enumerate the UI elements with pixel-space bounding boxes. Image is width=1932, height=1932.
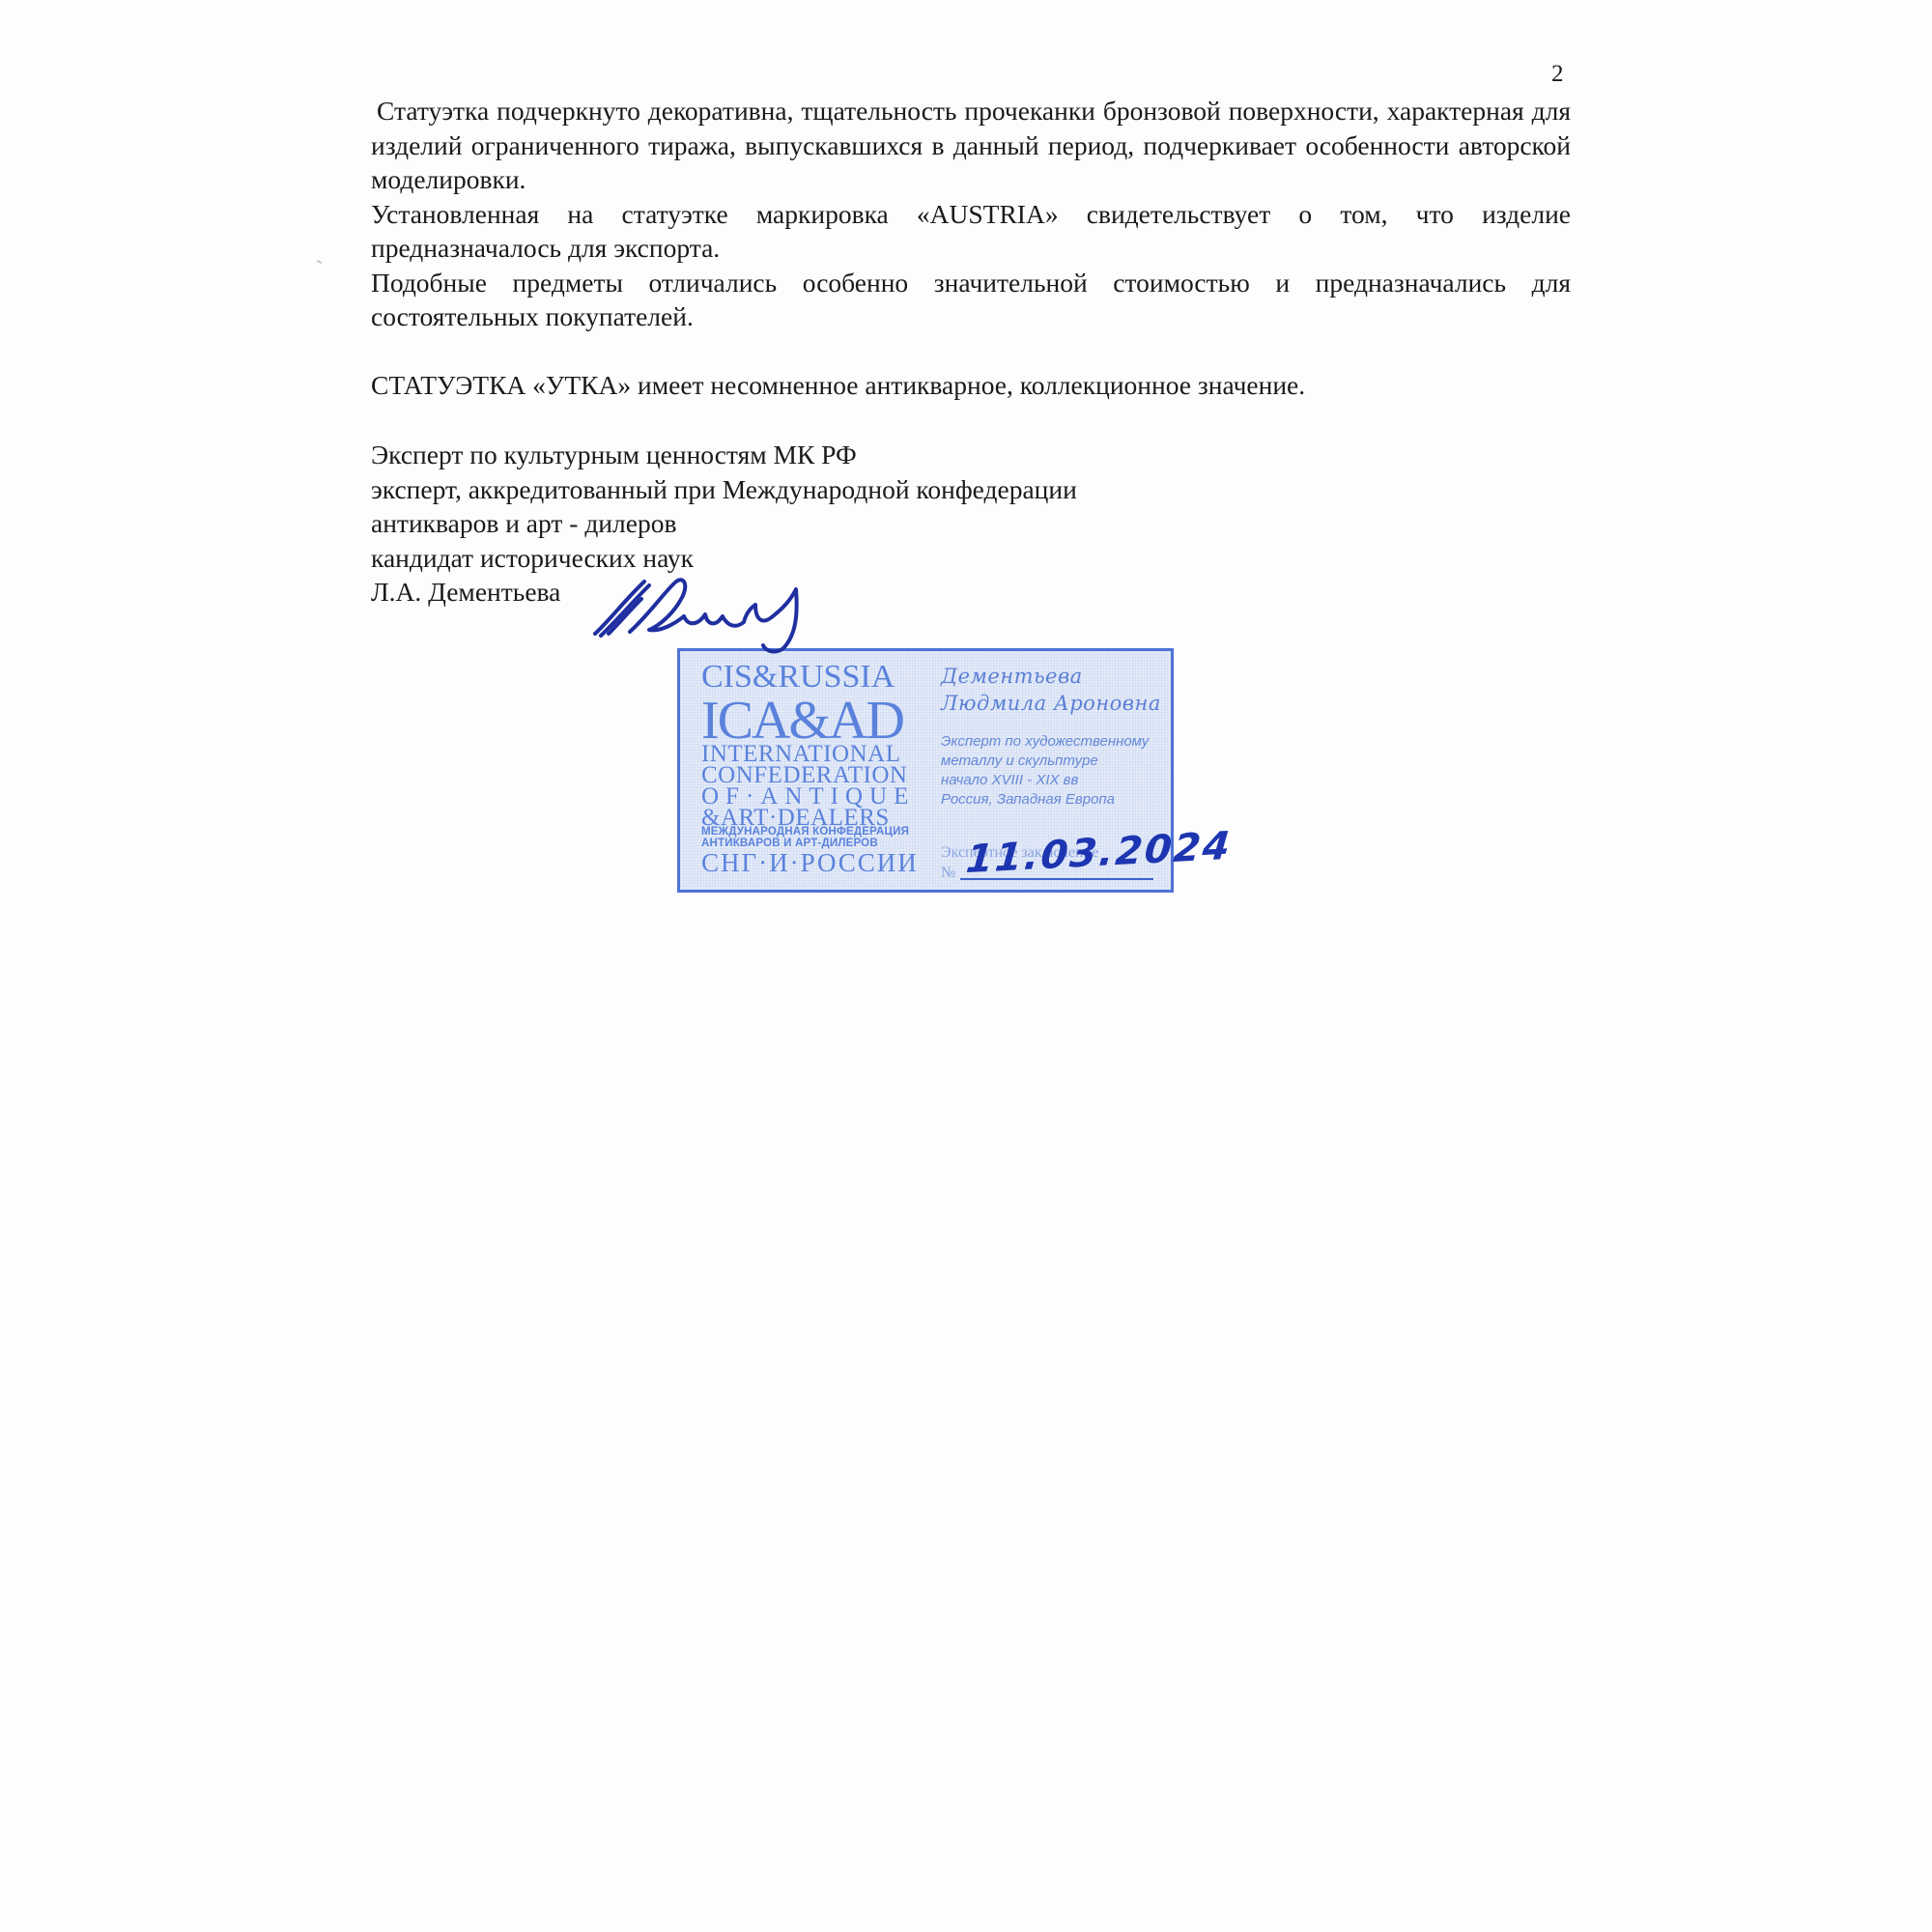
- conclusion-block: СТАТУЭТКА «УТКА» имеет несомненное антик…: [371, 368, 1571, 403]
- scan-speck: [317, 260, 322, 264]
- stamp-expert-info: Дементьева Людмила Ароновна Эксперт по х…: [941, 663, 1173, 810]
- logo-line: СНГ·И·РОССИИ: [701, 850, 914, 875]
- signatory-title-2: эксперт, аккредитованный при Международн…: [371, 472, 1571, 507]
- document-page: 2 Статуэтка подчеркнуто декоративна, тща…: [0, 0, 1932, 1932]
- stamp-given-names: Людмила Ароновна: [941, 690, 1173, 717]
- logo-line: CONFEDERATION: [701, 763, 914, 784]
- logo-line: INTERNATIONAL: [701, 742, 914, 763]
- handwritten-date: 11.03.2024: [964, 824, 1234, 882]
- page-number: 2: [1551, 60, 1564, 89]
- logo-line: OF·ANTIQUE: [701, 784, 914, 806]
- logo-line: &ART·DEALERS: [701, 806, 914, 827]
- paragraph-decorative: Статуэтка подчеркнуто декоративна, тщате…: [371, 94, 1571, 197]
- signatory-block: Эксперт по культурным ценностям МК РФ эк…: [371, 438, 1571, 610]
- spec-line: металлу и скульптуре: [941, 752, 1173, 771]
- signatory-title-3: антикваров и арт - дилеров: [371, 506, 1571, 541]
- expert-stamp: CIS&RUSSIA ICA&AD INTERNATIONAL CONFEDER…: [677, 648, 1174, 893]
- logo-line: CIS&RUSSIA: [701, 661, 914, 694]
- spec-line: начало XVIII - XIX вв: [941, 771, 1173, 790]
- spec-line: Россия, Западная Европа: [941, 790, 1173, 810]
- paragraph-marking: Установленная на статуэтке маркировка «A…: [371, 197, 1571, 266]
- stamp-surname: Дементьева: [941, 663, 1173, 690]
- description-body: Статуэтка подчеркнуто декоративна, тщате…: [371, 94, 1571, 334]
- logo-line: ICA&AD: [701, 694, 914, 742]
- paragraph-value: Подобные предметы отличались особенно зн…: [371, 266, 1571, 334]
- conclusion-text: СТАТУЭТКА «УТКА» имеет несомненное антик…: [371, 368, 1571, 403]
- signatory-title-4: кандидат исторических наук: [371, 541, 1571, 576]
- spec-line: Эксперт по художественному: [941, 732, 1173, 752]
- stamp-specialization: Эксперт по художественному металлу и ску…: [941, 732, 1173, 810]
- signatory-name: Л.А. Дементьева: [371, 575, 1571, 610]
- signatory-title-1: Эксперт по культурным ценностям МК РФ: [371, 438, 1571, 472]
- handwritten-signature: [591, 576, 823, 663]
- icaad-logo: CIS&RUSSIA ICA&AD INTERNATIONAL CONFEDER…: [701, 661, 914, 875]
